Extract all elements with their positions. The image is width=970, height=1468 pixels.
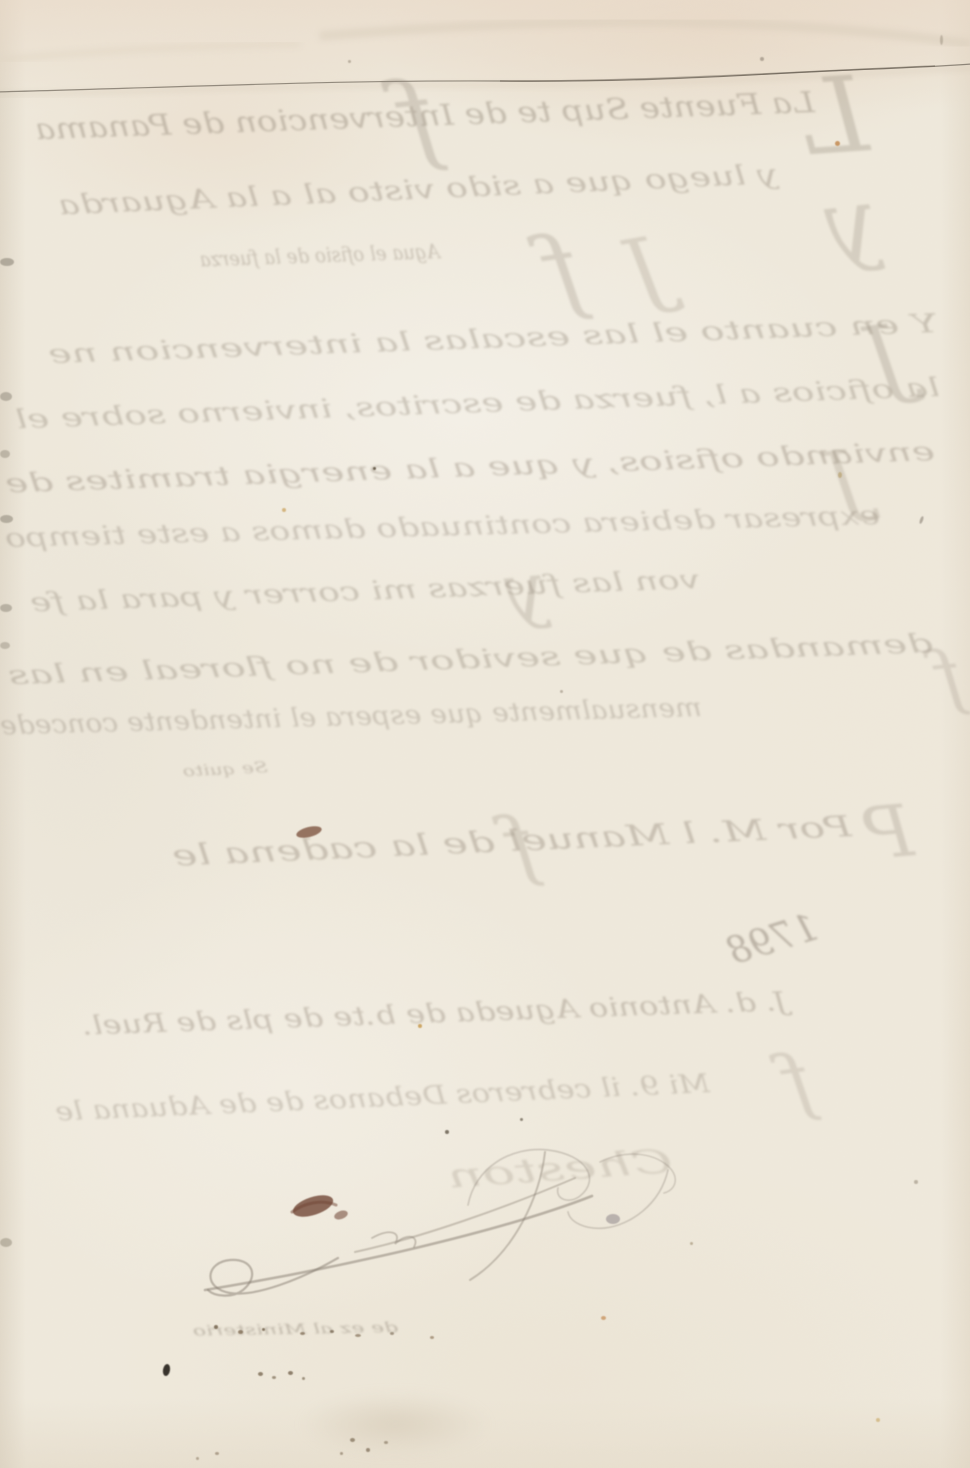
paper-speck	[348, 60, 351, 63]
bleedthrough-line: expresar debiera continuado damos a este…	[5, 501, 880, 554]
bleedthrough-line: Mi 9. il cebreros Debanos de de Aduana l…	[55, 1069, 712, 1128]
paper-speck	[940, 35, 943, 45]
flourish-stroke	[355, 1178, 575, 1252]
paper-speck	[0, 515, 13, 523]
paper-speck	[238, 1330, 243, 1334]
flourish-zigzag	[372, 1232, 416, 1247]
paper-speck	[0, 1238, 12, 1247]
paper-speck	[384, 1441, 388, 1444]
paper-speck	[876, 1418, 880, 1422]
bleedthrough-initial-stroke: y	[820, 167, 887, 277]
paper-speck	[258, 1372, 263, 1376]
paper-speck	[282, 508, 286, 512]
paper-speck	[262, 1328, 265, 1331]
bleedthrough-initial-stroke: P	[859, 788, 918, 876]
bleedthrough-line: Por M. l Manuel de la cadena le	[171, 809, 853, 873]
flourish-loops	[208, 1258, 338, 1296]
bleedthrough-initial-stroke: f	[490, 799, 545, 893]
paper-grain	[0, 0, 970, 1468]
paper-speck	[302, 1377, 305, 1380]
paper-speck	[430, 1336, 434, 1339]
bleedthrough-initial-stroke: f	[523, 213, 594, 330]
paper-speck	[520, 1118, 523, 1121]
bottom-smudge	[300, 1392, 490, 1456]
paper-speck	[295, 824, 323, 840]
bleedthrough-line: von las fuerzas mi correr y para la fe	[30, 565, 701, 618]
bleedthrough-line: La Fuente Sup te de Intervencion de Pana…	[35, 85, 817, 146]
bleedthrough-numeral-mark: 1798	[722, 905, 823, 974]
bleedthrough-initial-stroke: f	[920, 633, 970, 721]
paper-speck	[162, 1363, 171, 1376]
bleedthrough-line: Se quito	[182, 758, 268, 780]
paper-speck	[350, 1438, 355, 1442]
paper-texture	[0, 0, 970, 1468]
paper-speck	[914, 1180, 918, 1184]
paper-speck	[418, 1024, 422, 1028]
bleedthrough-line: demandas de que sevidor de no floreal en…	[8, 629, 933, 691]
paper-speck	[560, 690, 563, 693]
paper-speck	[0, 392, 12, 401]
faint-word-tail	[568, 1170, 668, 1228]
bleedthrough-line: la oficios a l, fuerza de escritos, invi…	[15, 373, 940, 435]
bleedthrough-initial-stroke: y	[500, 545, 552, 633]
paper-speck	[300, 1332, 305, 1335]
bleedthrough-line: J. d. Antonio Agueda de b.te de pls de R…	[82, 987, 794, 1042]
paper-speck	[355, 1334, 361, 1337]
paper-speck	[445, 1130, 449, 1134]
paper-speck	[0, 642, 10, 649]
bleedthrough-line: y luego que a sido visto al a la Aguarda	[58, 159, 780, 221]
paper-speck	[215, 1452, 219, 1455]
bleedthrough-line: mensualmente que espera el intendente co…	[0, 693, 702, 741]
paper-speck	[690, 1242, 693, 1245]
bleedthrough-initial-stroke: J	[819, 430, 881, 529]
paper-speck	[288, 1371, 293, 1375]
paper-speck	[838, 472, 842, 478]
crease-hairline-dark-segment	[500, 66, 935, 81]
paper-speck	[835, 141, 840, 146]
graphite-blot	[606, 1214, 620, 1224]
flourish-long-stroke	[205, 1196, 592, 1290]
bleedthrough-line: Cheston	[446, 1141, 673, 1196]
paper-speck	[196, 1457, 199, 1460]
bleedthrough-initial-stroke: J	[617, 216, 686, 323]
paper-speck	[919, 516, 925, 525]
manuscript-scan-page: La Fuente Sup te de Intervencion de Pana…	[0, 0, 970, 1468]
paper-speck	[214, 1325, 218, 1329]
paper-speck	[0, 258, 14, 266]
bleedthrough-initial-stroke: J	[857, 302, 926, 412]
bleedthrough-initial-stroke: f	[767, 1035, 823, 1128]
paper-speck	[390, 1332, 394, 1335]
bleedthrough-initial-stroke: L	[794, 53, 874, 180]
paper-speck	[0, 450, 10, 458]
paper-tone-clouds	[0, 0, 970, 1468]
ink-blot-small	[333, 1209, 349, 1221]
flourish-stroke	[470, 1152, 545, 1280]
bleedthrough-line: enviando ofisios, y que a la energia tra…	[5, 437, 935, 499]
paper-speck	[330, 1330, 334, 1333]
bleedthrough-initial-stroke: f	[379, 57, 450, 180]
paper-speck	[366, 1448, 370, 1452]
bleedthrough-line: de ez al Ministerio	[193, 1320, 398, 1340]
faint-word-loop	[468, 1150, 590, 1205]
crease-layer	[0, 0, 970, 1468]
paper-speck	[760, 57, 764, 61]
signature-flourish	[0, 0, 970, 1468]
paper-speck	[340, 1452, 343, 1455]
crease-hairline	[0, 64, 970, 92]
blot-tail	[292, 1202, 336, 1212]
paper-speck	[601, 1316, 606, 1320]
bleedthrough-line: Agua el ofisio de la fuerza	[199, 239, 442, 271]
crease-soft-shadow	[0, 68, 970, 95]
bleedthrough-layer: La Fuente Sup te de Intervencion de Pana…	[0, 0, 970, 1468]
paper-speck	[0, 604, 12, 612]
paper-speck	[272, 1376, 276, 1379]
bleedthrough-line: Y en cuanto el las escalas la intervenci…	[48, 309, 939, 370]
faint-word-loop	[600, 1154, 675, 1193]
fold-shadow-left	[0, 44, 300, 60]
paper-speck	[373, 467, 376, 470]
fold-shadow-upper	[320, 22, 970, 44]
ink-blot-large	[290, 1191, 336, 1221]
